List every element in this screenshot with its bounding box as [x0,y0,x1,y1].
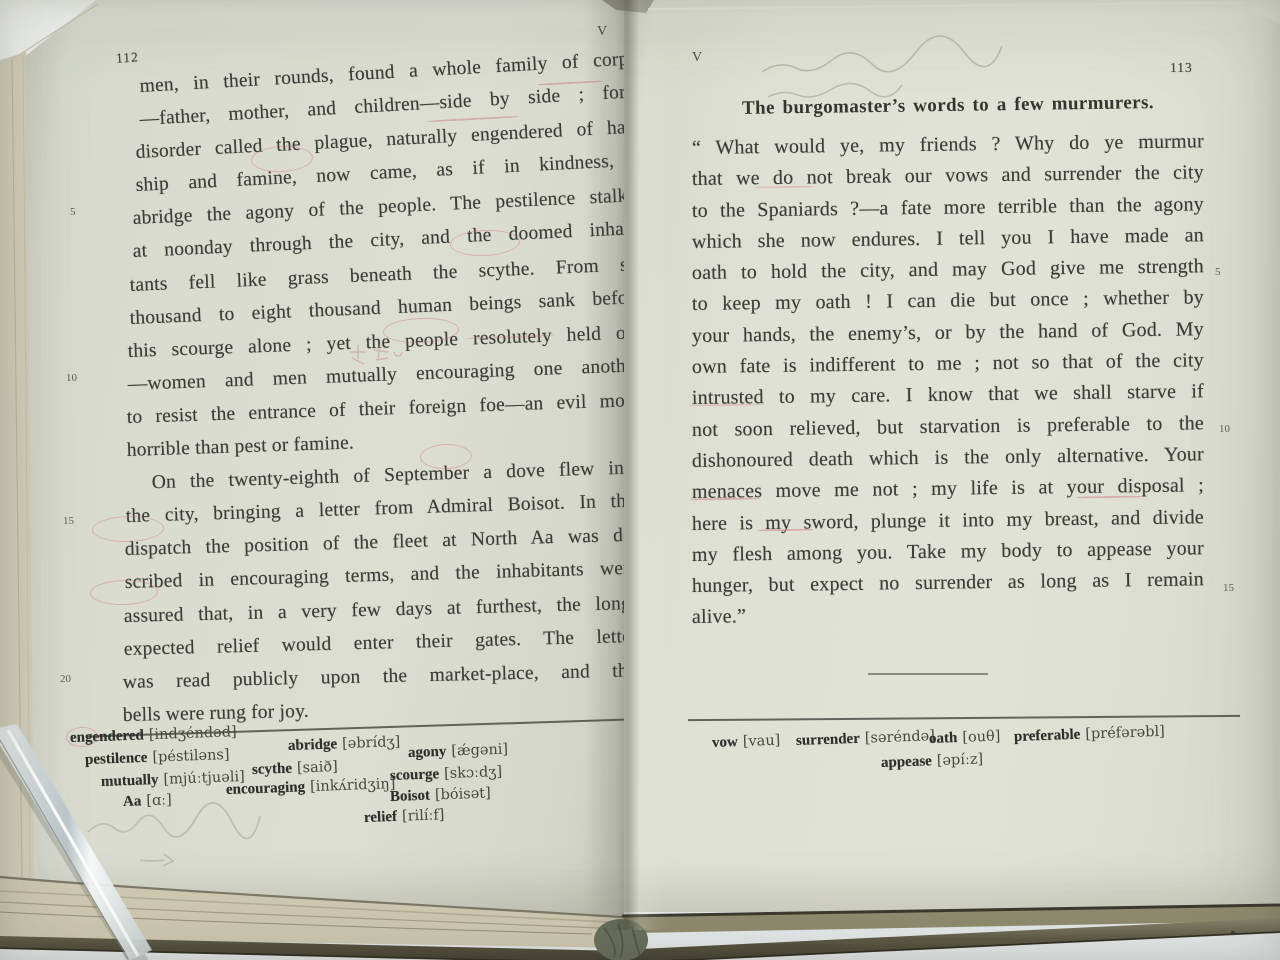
text-line: alive.” [692,600,1204,638]
vocab-pron: [əbrídʒ] [342,734,401,752]
vocab-word: oath [929,730,958,747]
margin-line-number: 20 [60,673,71,685]
vocab-word: vow [712,734,738,751]
vocab-word: relief [364,809,398,826]
vocab-entry: pestilence[péstiləns] [85,746,230,769]
right-page-text: “ What would ye, my friends ? Why do ye … [692,137,1204,638]
vocab-pron: [rilíːf] [402,807,445,824]
vocab-word: encouraging [226,779,306,798]
vocab-pron: [əpíːz] [937,751,984,769]
vocab-word: pestilence [85,750,148,768]
vocab-pron: [səréndə] [865,728,936,746]
vocab-entry: encouraging[inkʌ́ridʒiŋ] [226,775,396,799]
vocab-pron: [inkʌ́ridʒiŋ] [310,776,396,795]
section-mark-left: V [597,24,607,40]
vocab-entry: mutually[mjúːtjuəli] [101,768,245,791]
vocab-word: Boisot [390,788,431,805]
section-mark-right: V [692,50,702,66]
vocab-word: scythe [252,761,293,778]
binding-knot [594,919,648,960]
vocab-word: appease [881,753,932,771]
vocab-entry: abridge[əbrídʒ] [288,733,401,755]
margin-line-number: 15 [1223,582,1234,594]
vocab-pron: [skɔːdʒ] [444,764,503,782]
vocab-entry: appease[əpíːz] [881,750,984,772]
margin-line-number: 5 [70,206,76,218]
vocab-word: Aa [123,793,142,810]
vocab-pron: [saið] [297,759,338,776]
vocab-entry: scourge[skɔːdʒ] [390,763,503,785]
vocab-word: abridge [288,736,338,754]
vocab-pron: [ɑː] [146,792,172,809]
vocab-word: surrender [796,731,860,749]
vocab-pron: [vau] [743,733,781,750]
vocab-entry: oath[ouθ] [929,728,1001,748]
vocab-entry: relief[rilíːf] [364,806,445,827]
vocab-entry: scythe[saið] [252,758,338,779]
book-photo: { "colors": { "paper": "#dcded2", "ink":… [0,0,1280,960]
vocab-pron: [ǽgəni] [451,742,508,760]
vocab-pron: [bóisət] [435,785,491,803]
vocab-pron: [indʒéndəd] [149,724,237,743]
vocab-entry: Boisot[bóisət] [390,784,491,806]
page-number-left: 112 [116,49,140,66]
vocab-entry: agony[ǽgəni] [408,741,509,762]
vocab-pron: [préfərəbl] [1085,724,1165,743]
vocab-pron: [péstiləns] [152,747,230,766]
margin-line-number: 10 [66,372,77,384]
vocab-word: preferable [1014,727,1081,745]
section-divider-rule [868,673,988,675]
page-number-right: 113 [1170,60,1193,76]
margin-line-number: 15 [63,515,74,527]
vocab-word: scourge [390,766,440,784]
vocab-pron: [ouθ] [962,729,1001,746]
vocab-word: mutually [101,772,159,790]
left-page: 112 V men, in their rounds, found a whol… [26,0,624,916]
vocab-word: agony [408,744,447,761]
margin-line-number: 10 [1219,423,1230,435]
margin-line-number: 5 [1215,266,1221,278]
vocab-entry: vow[vau] [712,732,781,752]
vocab-entry: Aa[ɑː] [123,791,172,811]
left-page-text: men, in their rounds, found a whole fami… [122,76,636,738]
book-cover-edge [0,918,1280,960]
